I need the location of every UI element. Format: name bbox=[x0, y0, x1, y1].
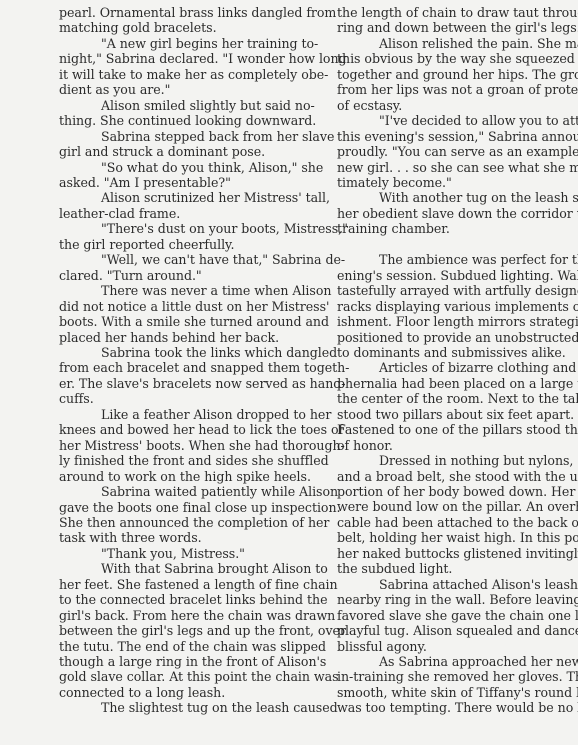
text-line: As Sabrina approached her new slave- bbox=[295, 654, 559, 669]
text-line: the tutu. The end of the chain was slipp… bbox=[17, 639, 281, 654]
text-line: Sabrina waited patiently while Alison bbox=[17, 484, 281, 499]
paragraph: Like a feather Alison dropped to herknee… bbox=[17, 407, 281, 484]
text-line: asked. "Am I presentable?" bbox=[17, 175, 281, 190]
text-line: gave the boots one final close up inspec… bbox=[17, 500, 281, 515]
text-line: timately become." bbox=[295, 175, 559, 190]
text-line: the center of the room. Next to the tabl… bbox=[295, 391, 559, 406]
paragraph: "Thank you, Mistress." bbox=[17, 546, 281, 561]
text-line: around to work on the high spike heels. bbox=[17, 469, 281, 484]
paragraph: Sabrina attached Alison's leash to anear… bbox=[295, 577, 559, 654]
text-line: from each bracelet and snapped them toge… bbox=[17, 360, 281, 375]
text-line: Sabrina stepped back from her slave bbox=[17, 129, 281, 144]
text-line: "Thank you, Mistress." bbox=[17, 546, 281, 561]
paragraph: "Well, we can't have that," Sabrina de-c… bbox=[17, 252, 281, 283]
text-line: er. The slave's bracelets now served as … bbox=[17, 376, 281, 391]
text-line: phernalia had been placed on a large tab… bbox=[295, 376, 559, 391]
text-line: The ambience was perfect for the ev- bbox=[295, 252, 559, 267]
text-line: "So what do you think, Alison," she bbox=[17, 160, 281, 175]
text-line: connected to a long leash. bbox=[17, 685, 281, 700]
paragraph: With that Sabrina brought Alison toher f… bbox=[17, 561, 281, 700]
text-line: dient as you are." bbox=[17, 82, 281, 97]
paragraph: The ambience was perfect for the ev-enin… bbox=[295, 252, 559, 360]
text-line: Articles of bizarre clothing and para- bbox=[295, 360, 559, 375]
text-line: her Mistress' boots. When she had thorou… bbox=[17, 438, 281, 453]
text-line: the subdued light. bbox=[295, 561, 559, 576]
text-line: cuffs. bbox=[17, 391, 281, 406]
text-column-left: pearl. Ornamental brass links dangled fr… bbox=[17, 5, 281, 716]
paragraph: pearl. Ornamental brass links dangled fr… bbox=[17, 5, 281, 36]
text-line: racks displaying various implements of p… bbox=[295, 299, 559, 314]
text-line: Sabrina attached Alison's leash to a bbox=[295, 577, 559, 592]
text-line: of honor. bbox=[295, 438, 559, 453]
paragraph: The slightest tug on the leash caused bbox=[17, 700, 281, 715]
text-line: matching gold bracelets. bbox=[17, 20, 281, 35]
paragraph: the length of chain to draw taut through… bbox=[295, 5, 559, 36]
text-line: belt, holding her waist high. In this po… bbox=[295, 530, 559, 545]
text-line: girl and struck a dominant pose. bbox=[17, 144, 281, 159]
text-line: playful tug. Alison squealed and danced … bbox=[295, 623, 559, 638]
text-line: thing. She continued looking downward. bbox=[17, 113, 281, 128]
text-line: clared. "Turn around." bbox=[17, 268, 281, 283]
text-line: this obvious by the way she squeezed her… bbox=[295, 51, 559, 66]
paragraph: Sabrina stepped back from her slavegirl … bbox=[17, 129, 281, 160]
text-line: ishment. Floor length mirrors strategica… bbox=[295, 314, 559, 329]
text-line: With that Sabrina brought Alison to bbox=[17, 561, 281, 576]
paragraph: Articles of bizarre clothing and para-ph… bbox=[295, 360, 559, 453]
text-line: nearby ring in the wall. Before leaving … bbox=[295, 592, 559, 607]
text-line: her naked buttocks glistened invitingly … bbox=[295, 546, 559, 561]
text-line: placed her hands behind her back. bbox=[17, 330, 281, 345]
text-line: gold slave collar. At this point the cha… bbox=[17, 669, 281, 684]
paragraph: As Sabrina approached her new slave-in-t… bbox=[295, 654, 559, 716]
text-line: knees and bowed her head to lick the toe… bbox=[17, 422, 281, 437]
text-line: together and ground her hips. The groan bbox=[295, 67, 559, 82]
text-line: stood two pillars about six feet apart. bbox=[295, 407, 559, 422]
text-line: training chamber. bbox=[295, 221, 559, 236]
text-line: in-training she removed her gloves. The bbox=[295, 669, 559, 684]
text-line: boots. With a smile she turned around an… bbox=[17, 314, 281, 329]
text-line: her obedient slave down the corridor to … bbox=[295, 206, 559, 221]
text-line: "Well, we can't have that," Sabrina de- bbox=[17, 252, 281, 267]
text-line: were bound low on the pillar. An overhea… bbox=[295, 499, 559, 514]
text-line: Fastened to one of the pillars stood the… bbox=[295, 422, 559, 437]
text-line: was too tempting. There would be no leat… bbox=[295, 700, 559, 715]
paragraph: Dressed in nothing but nylons, shoes,and… bbox=[295, 453, 559, 577]
text-line: this evening's session," Sabrina announc… bbox=[295, 129, 559, 144]
text-line: portion of her body bowed down. Her wris… bbox=[295, 484, 559, 499]
text-line: smooth, white skin of Tiffany's round be… bbox=[295, 685, 559, 700]
paragraph: Alison scrutinized her Mistress' tall,le… bbox=[17, 190, 281, 221]
text-line: "There's dust on your boots, Mistress," bbox=[17, 221, 281, 236]
text-line: from her lips was not a groan of protest… bbox=[295, 82, 559, 97]
text-line: the length of chain to draw taut through… bbox=[295, 5, 559, 20]
text-line: Dressed in nothing but nylons, shoes, bbox=[295, 453, 559, 468]
text-line: With another tug on the leash she led bbox=[295, 190, 559, 205]
text-line: the girl reported cheerfully. bbox=[17, 237, 281, 252]
text-line: favored slave she gave the chain one las… bbox=[295, 608, 559, 623]
text-line: ening's session. Subdued lighting. Walls bbox=[295, 268, 559, 283]
paragraph: "There's dust on your boots, Mistress,"t… bbox=[17, 221, 281, 252]
text-line: and a broad belt, she stood with the upp… bbox=[295, 469, 559, 484]
text-line: positioned to provide an unobstructed vi… bbox=[295, 330, 559, 345]
text-line: Like a feather Alison dropped to her bbox=[17, 407, 281, 422]
text-line: new girl. . . so she can see what she mu… bbox=[295, 160, 559, 175]
text-line: ly finished the front and sides she shuf… bbox=[17, 453, 281, 468]
text-line: "A new girl begins her training to- bbox=[17, 36, 281, 51]
text-line: Sabrina took the links which dangled bbox=[17, 345, 281, 360]
paragraph: Alison smiled slightly but said no-thing… bbox=[17, 98, 281, 129]
text-line: her feet. She fastened a length of fine … bbox=[17, 577, 281, 592]
paragraph: Alison relished the pain. She madethis o… bbox=[295, 36, 559, 113]
text-line: girl's back. From here the chain was dra… bbox=[17, 608, 281, 623]
text-line: it will take to make her as completely o… bbox=[17, 67, 281, 82]
scanned-page: pearl. Ornamental brass links dangled fr… bbox=[0, 0, 578, 745]
text-line: ring and down between the girl's legs. bbox=[295, 20, 559, 35]
text-line: "I've decided to allow you to attend bbox=[295, 113, 559, 128]
text-line: There was never a time when Alison bbox=[17, 283, 281, 298]
paragraph: There was never a time when Alisondid no… bbox=[17, 283, 281, 345]
text-line: Alison scrutinized her Mistress' tall, bbox=[17, 190, 281, 205]
text-line: proudly. "You can serve as an example to… bbox=[295, 144, 559, 159]
text-line: blissful agony. bbox=[295, 639, 559, 654]
text-line: though a large ring in the front of Alis… bbox=[17, 654, 281, 669]
text-line: to the connected bracelet links behind t… bbox=[17, 592, 281, 607]
text-line: between the girl's legs and up the front… bbox=[17, 623, 281, 638]
text-line: The slightest tug on the leash caused bbox=[17, 700, 281, 715]
text-line: tastefully arrayed with artfully designe… bbox=[295, 283, 559, 298]
paragraph: "I've decided to allow you to attendthis… bbox=[295, 113, 559, 190]
text-line: night," Sabrina declared. "I wonder how … bbox=[17, 51, 281, 66]
text-line: to dominants and submissives alike. bbox=[295, 345, 559, 360]
text-line: task with three words. bbox=[17, 530, 281, 545]
paragraph: With another tug on the leash she ledher… bbox=[295, 190, 559, 236]
text-line: She then announced the completion of her bbox=[17, 515, 281, 530]
text-line: did not notice a little dust on her Mist… bbox=[17, 299, 281, 314]
paragraph: Sabrina waited patiently while Alisongav… bbox=[17, 484, 281, 546]
paragraph: "A new girl begins her training to-night… bbox=[17, 36, 281, 98]
text-line: leather-clad frame. bbox=[17, 206, 281, 221]
text-line: of ecstasy. bbox=[295, 98, 559, 113]
text-line: Alison smiled slightly but said no- bbox=[17, 98, 281, 113]
text-line: Alison relished the pain. She made bbox=[295, 36, 559, 51]
text-column-right: the length of chain to draw taut through… bbox=[295, 5, 559, 716]
paragraph: "So what do you think, Alison," sheasked… bbox=[17, 160, 281, 191]
text-line: pearl. Ornamental brass links dangled fr… bbox=[17, 5, 281, 20]
text-line: cable had been attached to the back of h… bbox=[295, 515, 559, 530]
paragraph: Sabrina took the links which dangledfrom… bbox=[17, 345, 281, 407]
